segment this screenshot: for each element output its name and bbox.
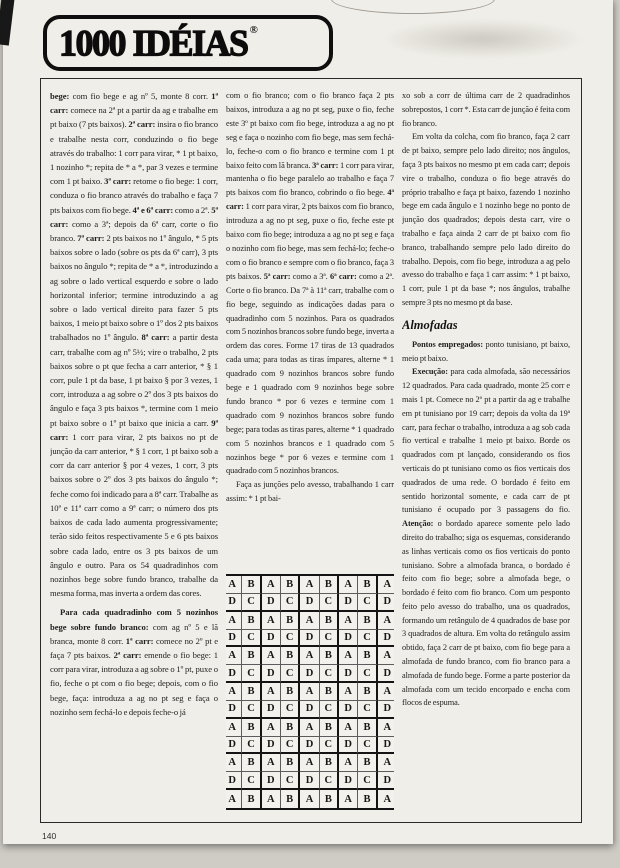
diagram-cell: B <box>281 683 300 701</box>
logo-title: 1000 IDÉIAS <box>59 21 248 64</box>
diagram-cell: B <box>320 683 339 701</box>
diagram-cell: A <box>378 647 394 665</box>
registered-mark-icon: ® <box>250 24 258 36</box>
diagram-cell: C <box>242 665 261 683</box>
diagram-cell: C <box>281 737 300 755</box>
diagram-cell: D <box>226 737 242 755</box>
diagram-cell: D <box>226 630 242 648</box>
diagram-cell: C <box>320 594 339 612</box>
diagram-cell: D <box>339 665 358 683</box>
diagram-cell: A <box>300 612 319 630</box>
article-frame: bege: com fio bege e ag nº 5, monte 8 co… <box>40 78 582 823</box>
diagram-cell: B <box>358 719 377 737</box>
diagram-cell: B <box>281 612 300 630</box>
diagram-cell: C <box>320 772 339 790</box>
diagram-cell: B <box>320 647 339 665</box>
diagram-cell: D <box>300 630 319 648</box>
diagram-cell: D <box>339 772 358 790</box>
diagram-cell: B <box>242 647 261 665</box>
diagram-cell: B <box>242 576 261 594</box>
diagram-cell: D <box>378 665 394 683</box>
diagram-cell: A <box>339 683 358 701</box>
diagram-cell: B <box>242 754 261 772</box>
diagram-cell: C <box>281 701 300 719</box>
diagram-cell: C <box>320 665 339 683</box>
diagram-cell: C <box>358 630 377 648</box>
diagram-cell: D <box>262 665 281 683</box>
diagram-cell: D <box>378 594 394 612</box>
diagram-cell: A <box>300 683 319 701</box>
diagram-cell: D <box>262 772 281 790</box>
diagram-cell: A <box>300 790 319 808</box>
diagram-cell: C <box>242 737 261 755</box>
diagram-cell: D <box>339 701 358 719</box>
instructions-paragraph: bege: com fio bege e ag nº 5, monte 8 co… <box>50 89 218 600</box>
diagram-cell: A <box>378 683 394 701</box>
diagram-cell: B <box>358 576 377 594</box>
column-left: bege: com fio bege e ag nº 5, monte 8 co… <box>50 89 218 810</box>
diagram-cell: D <box>339 630 358 648</box>
instructions-paragraph: Faça as junções pelo avesso, trabalhando… <box>226 478 394 506</box>
diagram-cell: A <box>378 754 394 772</box>
diagram-cell: C <box>358 772 377 790</box>
column-right: xo sob a corr de última carr de 2 quadra… <box>402 89 570 810</box>
diagram-cell: D <box>300 594 319 612</box>
diagram-cell: A <box>262 754 281 772</box>
stitch-chart-grid: ABABABABADCDCDCDCDABABABABADCDCDCDCDABAB… <box>226 574 394 810</box>
diagram-cell: A <box>300 576 319 594</box>
diagram-cell: B <box>242 790 261 808</box>
diagram-cell: D <box>339 737 358 755</box>
diagram-cell: D <box>378 772 394 790</box>
diagram-cell: D <box>262 594 281 612</box>
instructions-paragraph: Pontos empregados: ponto tunisiano, pt b… <box>402 338 570 366</box>
diagram-cell: C <box>281 665 300 683</box>
page-curl-artifact <box>331 0 495 14</box>
diagram-cell: D <box>262 701 281 719</box>
diagram-cell: A <box>262 647 281 665</box>
instructions-paragraph: Em volta da colcha, com fio branco, faça… <box>402 130 570 309</box>
diagram-cell: A <box>378 790 394 808</box>
diagram-cell: B <box>281 647 300 665</box>
diagram-cell: B <box>242 612 261 630</box>
diagram-cell: A <box>339 790 358 808</box>
diagram-cell: B <box>242 719 261 737</box>
diagram-cell: B <box>320 719 339 737</box>
diagram-cell: B <box>358 683 377 701</box>
diagram-cell: A <box>378 576 394 594</box>
diagram-cell: C <box>242 701 261 719</box>
diagram-cell: C <box>242 594 261 612</box>
page-number: 140 <box>42 831 56 841</box>
diagram-cell: B <box>358 647 377 665</box>
diagram-cell: A <box>262 612 281 630</box>
diagram-cell: B <box>281 790 300 808</box>
column-middle: com o fio branco; com o fio branco faça … <box>226 89 394 810</box>
diagram-cell: D <box>300 772 319 790</box>
diagram-cell: D <box>262 737 281 755</box>
diagram-cell: D <box>300 737 319 755</box>
diagram-cell: A <box>226 612 242 630</box>
diagram-cell: A <box>300 754 319 772</box>
diagram-cell: D <box>339 594 358 612</box>
diagram-cell: B <box>320 612 339 630</box>
diagram-cell: B <box>320 754 339 772</box>
diagram-cell: A <box>226 576 242 594</box>
diagram-cell: B <box>320 790 339 808</box>
diagram-cell: A <box>339 719 358 737</box>
diagram-cell: A <box>339 612 358 630</box>
diagram-cell: A <box>378 719 394 737</box>
instructions-paragraph: Execução: para cada almofada, são necess… <box>402 365 570 710</box>
diagram-cell: B <box>358 754 377 772</box>
scan-corner-artifact <box>0 0 15 46</box>
section-heading: Almofadas <box>402 318 570 333</box>
diagram-cell: D <box>226 772 242 790</box>
instructions-paragraph: com o fio branco; com o fio branco faça … <box>226 89 394 478</box>
diagram-cell: B <box>281 719 300 737</box>
diagram-cell: D <box>300 701 319 719</box>
diagram-cell: D <box>226 665 242 683</box>
diagram-cell: A <box>378 612 394 630</box>
diagram-cell: A <box>339 754 358 772</box>
diagram-cell: C <box>358 665 377 683</box>
instructions-paragraph: Para cada quadradinho com 5 nozinhos beg… <box>50 605 218 719</box>
diagram-cell: A <box>226 719 242 737</box>
diagram-cell: A <box>300 647 319 665</box>
diagram-cell: D <box>226 594 242 612</box>
diagram-cell: A <box>226 647 242 665</box>
diagram-cell: C <box>281 594 300 612</box>
diagram-cell: C <box>320 737 339 755</box>
diagram-cell: C <box>358 701 377 719</box>
diagram-cell: C <box>320 701 339 719</box>
diagram-cell: B <box>281 754 300 772</box>
diagram-cell: D <box>378 630 394 648</box>
diagram-cell: C <box>281 772 300 790</box>
diagram-cell: A <box>262 683 281 701</box>
diagram-cell: A <box>339 576 358 594</box>
diagram-cell: D <box>378 737 394 755</box>
diagram-cell: B <box>358 612 377 630</box>
column-middle-text: com o fio branco; com o fio branco faça … <box>226 89 394 571</box>
diagram-cell: A <box>226 790 242 808</box>
diagram-cell: A <box>262 576 281 594</box>
diagram-cell: D <box>300 665 319 683</box>
diagram-cell: D <box>378 701 394 719</box>
diagram-cell: D <box>262 630 281 648</box>
diagram-cell: B <box>242 683 261 701</box>
diagram-cell: A <box>226 754 242 772</box>
diagram-cell: C <box>281 630 300 648</box>
diagram-cell: A <box>300 719 319 737</box>
diagram-cell: A <box>226 683 242 701</box>
diagram-cell: C <box>358 737 377 755</box>
magazine-logo: 1000 IDÉIAS ® <box>43 15 333 71</box>
diagram-cell: C <box>242 772 261 790</box>
ink-bleed-artifact <box>385 20 581 58</box>
diagram-cell: D <box>226 701 242 719</box>
diagram-cell: A <box>339 647 358 665</box>
diagram-cell: C <box>320 630 339 648</box>
instructions-paragraph: xo sob a corr de última carr de 2 quadra… <box>402 89 570 130</box>
diagram-cell: B <box>320 576 339 594</box>
diagram-cell: B <box>281 576 300 594</box>
scanned-page: 1000 IDÉIAS ® bege: com fio bege e ag nº… <box>3 0 613 844</box>
diagram-cell: B <box>358 790 377 808</box>
diagram-cell: C <box>242 630 261 648</box>
diagram-cell: A <box>262 790 281 808</box>
diagram-cell: A <box>262 719 281 737</box>
diagram-cell: C <box>358 594 377 612</box>
